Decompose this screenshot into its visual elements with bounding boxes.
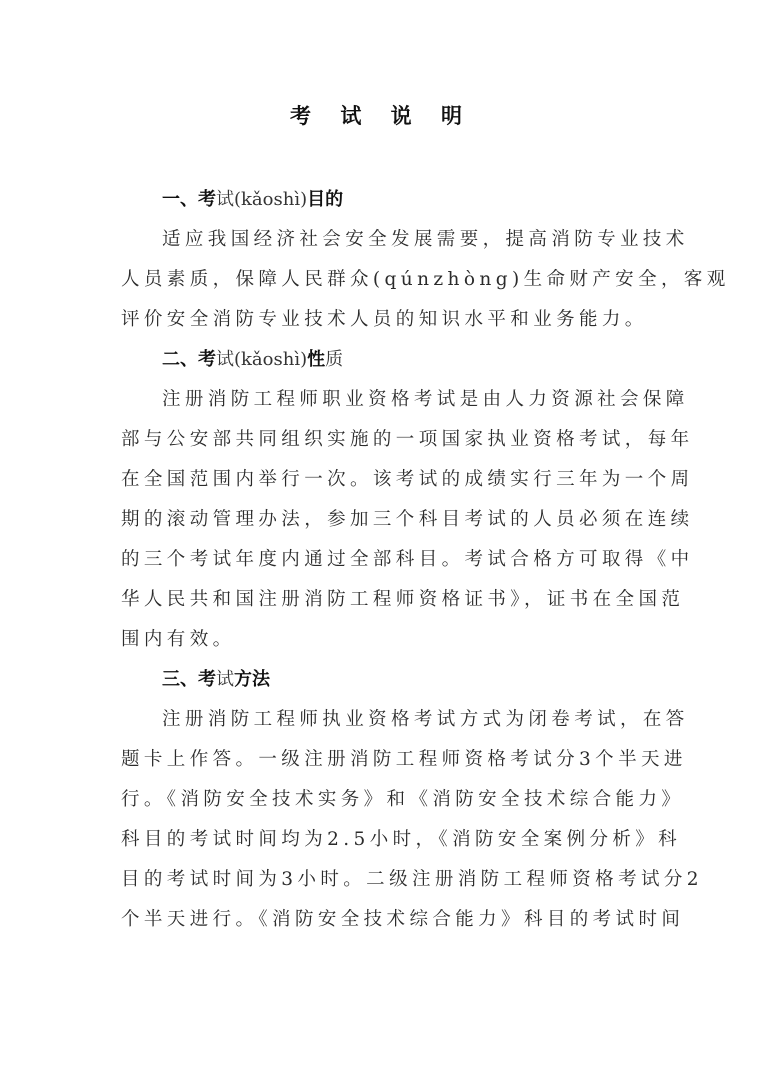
paragraph-nature: 注册消防工程师职业资格考试是由人力资源社会保障 部与公安部共同组织实施的一项国家… (121, 380, 637, 660)
text-line: 个半天进行。《消防安全技术综合能力》科目的考试时间 (121, 900, 637, 940)
text-line: 华人民共和国注册消防工程师资格证书》，证书在全国范 (121, 580, 637, 620)
paragraph-purpose: 适应我国经济社会安全发展需要，提高消防专业技术 人员素质，保障人民群众(qúnz… (121, 220, 637, 340)
heading-prefix: 一、考 (162, 189, 216, 210)
section-nature: 二、考试(kǎoshì)性质 注册消防工程师职业资格考试是由人力资源社会保障 部… (121, 340, 637, 660)
section-method: 三、考试方法 注册消防工程师执业资格考试方式为闭卷考试，在答 题卡上作答。一级注… (121, 660, 637, 940)
text-line: 部与公安部共同组织实施的一项国家执业资格考试，每年 (121, 420, 637, 460)
section-heading-method: 三、考试方法 (121, 660, 637, 700)
document-title: 考 试 说 明 (0, 101, 763, 131)
heading-prefix: 三、考 (162, 669, 216, 690)
text-line: 适应我国经济社会安全发展需要，提高消防专业技术 (121, 220, 637, 260)
heading-light: 试(kǎoshì) (216, 189, 307, 210)
heading-prefix: 二、考 (162, 349, 216, 370)
text-line: 目的考试时间为3小时。二级注册消防工程师资格考试分2 (121, 860, 637, 900)
heading-suffix: 方法 (234, 669, 270, 690)
text-line: 科目的考试时间均为2.5小时，《消防安全案例分析》科 (121, 820, 637, 860)
text-line: 期的滚动管理办法，参加三个科目考试的人员必须在连续 (121, 500, 637, 540)
document-body: 一、考试(kǎoshì)目的 适应我国经济社会安全发展需要，提高消防专业技术 人… (121, 180, 637, 940)
text-line: 的三个考试年度内通过全部科目。考试合格方可取得《中 (121, 540, 637, 580)
heading-suffix: 性 (307, 349, 325, 370)
paragraph-method: 注册消防工程师执业资格考试方式为闭卷考试，在答 题卡上作答。一级注册消防工程师资… (121, 700, 637, 940)
section-heading-purpose: 一、考试(kǎoshì)目的 (121, 180, 637, 220)
section-purpose: 一、考试(kǎoshì)目的 适应我国经济社会安全发展需要，提高消防专业技术 人… (121, 180, 637, 340)
text-line: 注册消防工程师执业资格考试方式为闭卷考试，在答 (121, 700, 637, 740)
document-page: 考 试 说 明 一、考试(kǎoshì)目的 适应我国经济社会安全发展需要，提高… (0, 0, 763, 1080)
heading-suffix-light: 质 (325, 349, 343, 370)
text-line: 在全国范围内举行一次。该考试的成绩实行三年为一个周 (121, 460, 637, 500)
text-line: 评价安全消防专业技术人员的知识水平和业务能力。 (121, 300, 637, 340)
heading-light: 试(kǎoshì) (216, 349, 307, 370)
text-line: 行。《消防安全技术实务》和《消防安全技术综合能力》 (121, 780, 637, 820)
section-heading-nature: 二、考试(kǎoshì)性质 (121, 340, 637, 380)
text-line: 题卡上作答。一级注册消防工程师资格考试分3个半天进 (121, 740, 637, 780)
heading-light: 试 (216, 669, 234, 690)
heading-suffix: 目的 (307, 189, 343, 210)
text-line: 注册消防工程师职业资格考试是由人力资源社会保障 (121, 380, 637, 420)
text-line: 人员素质，保障人民群众(qúnzhòng)生命财产安全，客观 (121, 260, 637, 300)
text-line: 围内有效。 (121, 620, 637, 660)
